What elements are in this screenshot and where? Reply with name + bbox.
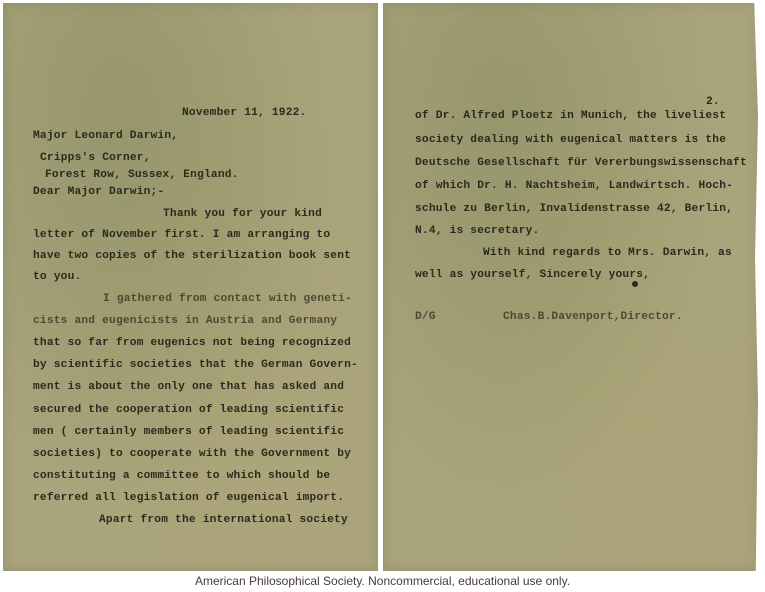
letter-page-1: November 11, 1922. Major Leonard Darwin,… (3, 3, 378, 571)
body-line: by scientific societies that the German … (33, 359, 358, 371)
recipient-address-line: Forest Row, Sussex, England. (45, 169, 239, 181)
body-line: that so far from eugenics not being reco… (33, 337, 351, 349)
typist-initials: D/G (415, 311, 436, 323)
body-line: of Dr. Alfred Ploetz in Munich, the live… (415, 110, 726, 122)
body-line: cists and eugenicists in Austria and Ger… (33, 315, 337, 327)
body-line: societies) to cooperate with the Governm… (33, 448, 351, 460)
body-line: referred all legislation of eugenical im… (33, 492, 344, 504)
copyright-footer: American Philosophical Society. Noncomme… (0, 574, 765, 588)
body-line: to you. (33, 271, 81, 283)
body-line: have two copies of the sterilization boo… (33, 250, 351, 262)
signature-line: Chas.B.Davenport,Director. (503, 311, 683, 323)
body-line: society dealing with eugenical matters i… (415, 134, 726, 146)
recipient-address-line: Cripps's Corner, (40, 152, 151, 164)
body-line: men ( certainly members of leading scien… (33, 426, 344, 438)
body-line: of which Dr. H. Nachtsheim, Landwirtsch.… (415, 180, 733, 192)
body-line: ment is about the only one that has aske… (33, 381, 344, 393)
body-line: Deutsche Gesellschaft für Vererbungswiss… (415, 157, 747, 169)
letter-date: November 11, 1922. (182, 107, 306, 119)
ink-mark (632, 281, 638, 287)
body-line: Apart from the international society (99, 514, 348, 526)
page-number: 2. (706, 96, 720, 108)
body-line: With kind regards to Mrs. Darwin, as (483, 247, 732, 259)
body-line: schule zu Berlin, Invalidenstrasse 42, B… (415, 203, 733, 215)
recipient-name: Major Leonard Darwin, (33, 130, 178, 142)
letter-page-2: 2. of Dr. Alfred Ploetz in Munich, the l… (383, 3, 758, 571)
body-line: letter of November first. I am arranging… (33, 229, 330, 241)
closing-line: well as yourself, Sincerely yours, (415, 269, 650, 281)
body-line: constituting a committee to which should… (33, 470, 330, 482)
body-line: I gathered from contact with geneti- (103, 293, 352, 305)
body-line: Thank you for your kind (163, 208, 322, 220)
body-line: secured the cooperation of leading scien… (33, 404, 344, 416)
salutation: Dear Major Darwin;- (33, 186, 164, 198)
body-line: N.4, is secretary. (415, 225, 539, 237)
